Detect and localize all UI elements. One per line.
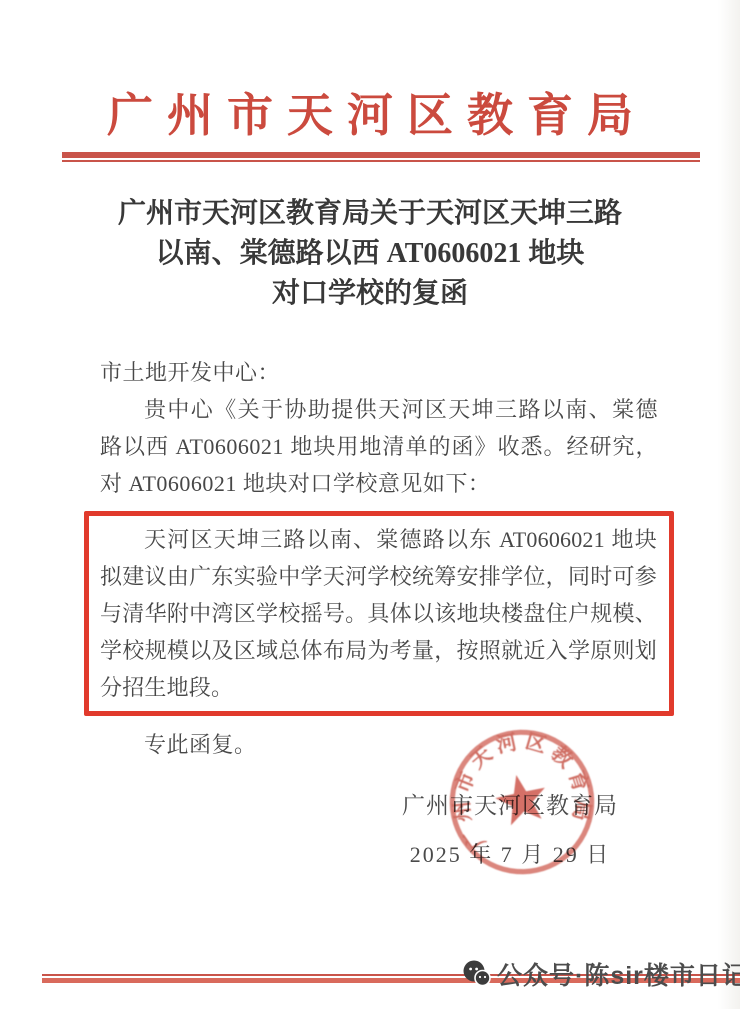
highlight-red-box: 天河区天坤三路以南、棠德路以东 AT0606021 地块拟建议由广东实验中学天河…: [84, 511, 674, 716]
letterhead-agency-name: 广州市天河区教育局: [0, 90, 740, 142]
document-body: 市土地开发中心： 贵中心《关于协助提供天河区天坤三路以南、棠德路以西 AT060…: [100, 354, 658, 763]
document-title-line2: 以南、棠德路以西 AT0606021 地块: [30, 234, 710, 274]
watermark: 公众号·陈sir楼市日记: [462, 956, 740, 992]
salutation: 市土地开发中心：: [100, 354, 658, 391]
document-title-line3: 对口学校的复函: [30, 274, 710, 314]
body-paragraph-1: 贵中心《关于协助提供天河区天坤三路以南、棠德路以西 AT0606021 地块用地…: [100, 391, 658, 502]
seal-star-icon: [491, 770, 551, 828]
boxed-paragraph: 天河区天坤三路以南、棠德路以东 AT0606021 地块拟建议由广东实验中学天河…: [100, 521, 657, 706]
wechat-icon: [462, 959, 492, 989]
watermark-text: 公众号·陈sir楼市日记: [497, 956, 740, 992]
document-title: 广州市天河区教育局关于天河区天坤三路 以南、棠德路以西 AT0606021 地块…: [30, 194, 710, 314]
letterhead-divider-rule: [62, 152, 700, 162]
scanned-document-page: 广州市天河区教育局 广州市天河区教育局关于天河区天坤三路 以南、棠德路以西 AT…: [0, 0, 740, 1009]
document-title-line1: 广州市天河区教育局关于天河区天坤三路: [30, 194, 710, 234]
official-seal-stamp-icon: 广州市天河区教育局: [425, 705, 620, 900]
